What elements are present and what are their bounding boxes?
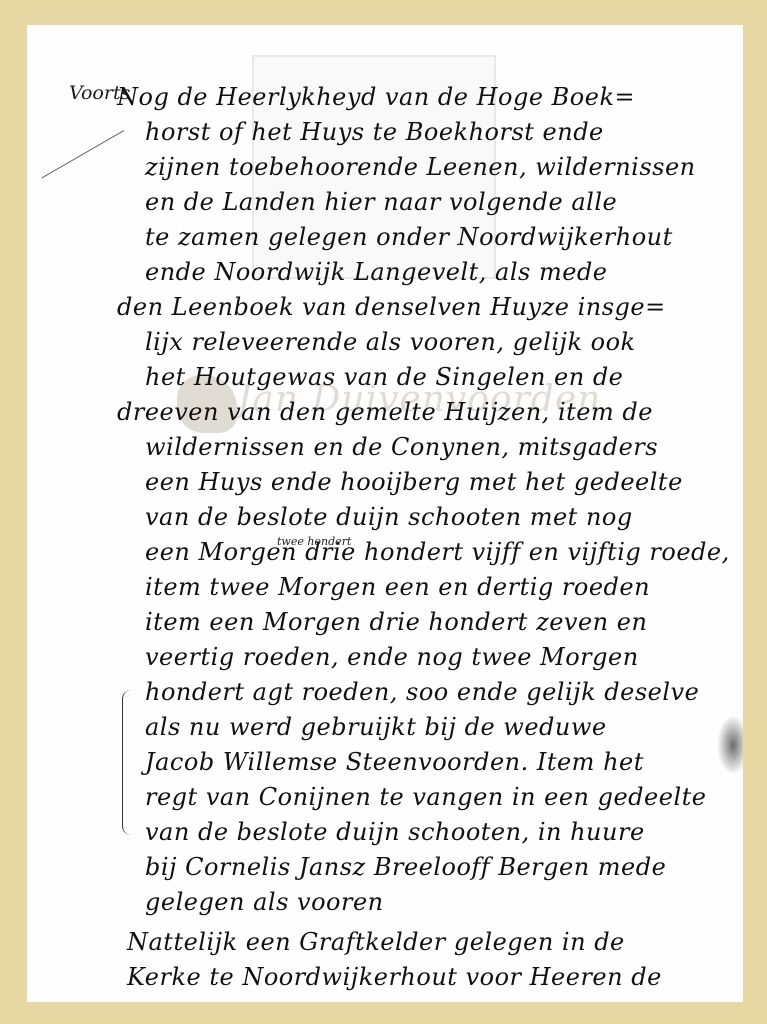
manuscript-line: van de beslote duijn schooten, in huure (145, 817, 645, 847)
manuscript-line: item twee Morgen een en dertig roeden (145, 572, 650, 602)
manuscript-line: te zamen gelegen onder Noordwijkerhout (145, 222, 673, 252)
manuscript-line: Jacob Willemse Steenvoorden. Item het (145, 747, 644, 777)
manuscript-line: het Houtgewas van de Singelen en de (145, 362, 623, 392)
manuscript-line: zijnen toebehoorende Leenen, wildernisse… (145, 152, 696, 182)
manuscript-line: dreeven van den gemelte Huijzen, item de (117, 397, 653, 427)
manuscript-line: van de beslote duijn schooten met nog (145, 502, 633, 532)
manuscript-line: Nog de Heerlykheyd van de Hoge Boek= (117, 82, 635, 112)
manuscript-line: ende Noordwijk Langevelt, als mede (145, 257, 608, 287)
scanned-manuscript-page: Jan Duivenvoorden Voorts Nog de Heerlykh… (27, 25, 743, 1002)
manuscript-line: en de Landen hier naar volgende alle (145, 187, 617, 217)
manuscript-line: gelegen als vooren (145, 887, 384, 917)
manuscript-line: een Morgen drie hondert vijff en vijftig… (145, 537, 730, 567)
interlinear-correction: twee hondert (277, 535, 351, 548)
manuscript-line: hondert agt roeden, soo ende gelijk dese… (145, 677, 699, 707)
manuscript-line: horst of het Huys te Boekhorst ende (145, 117, 604, 147)
manuscript-line: wildernissen en de Conynen, mitsgaders (145, 432, 658, 462)
manuscript-line: Nattelijk een Graftkelder gelegen in de (127, 927, 625, 957)
manuscript-line: Kerke te Noordwijkerhout voor Heeren de (127, 962, 662, 992)
manuscript-line: regt van Conijnen te vangen in een gedee… (145, 782, 706, 812)
manuscript-line: lijx releveerende als vooren, gelijk ook (145, 327, 636, 357)
manuscript-line: veertig roeden, ende nog twee Morgen (145, 642, 639, 672)
manuscript-line: als nu werd gebruijkt bij de weduwe (145, 712, 607, 742)
manuscript-line: bij Cornelis Jansz Breelooff Bergen mede (145, 852, 666, 882)
manuscript-line: den Leenboek van denselven Huyze insge= (117, 292, 666, 322)
manuscript-line: item een Morgen drie hondert zeven en (145, 607, 647, 637)
manuscript-text: Nog de Heerlykheyd van de Hoge Boek= hor… (27, 25, 743, 1002)
manuscript-line: een Huys ende hooijberg met het gedeelte (145, 467, 683, 497)
